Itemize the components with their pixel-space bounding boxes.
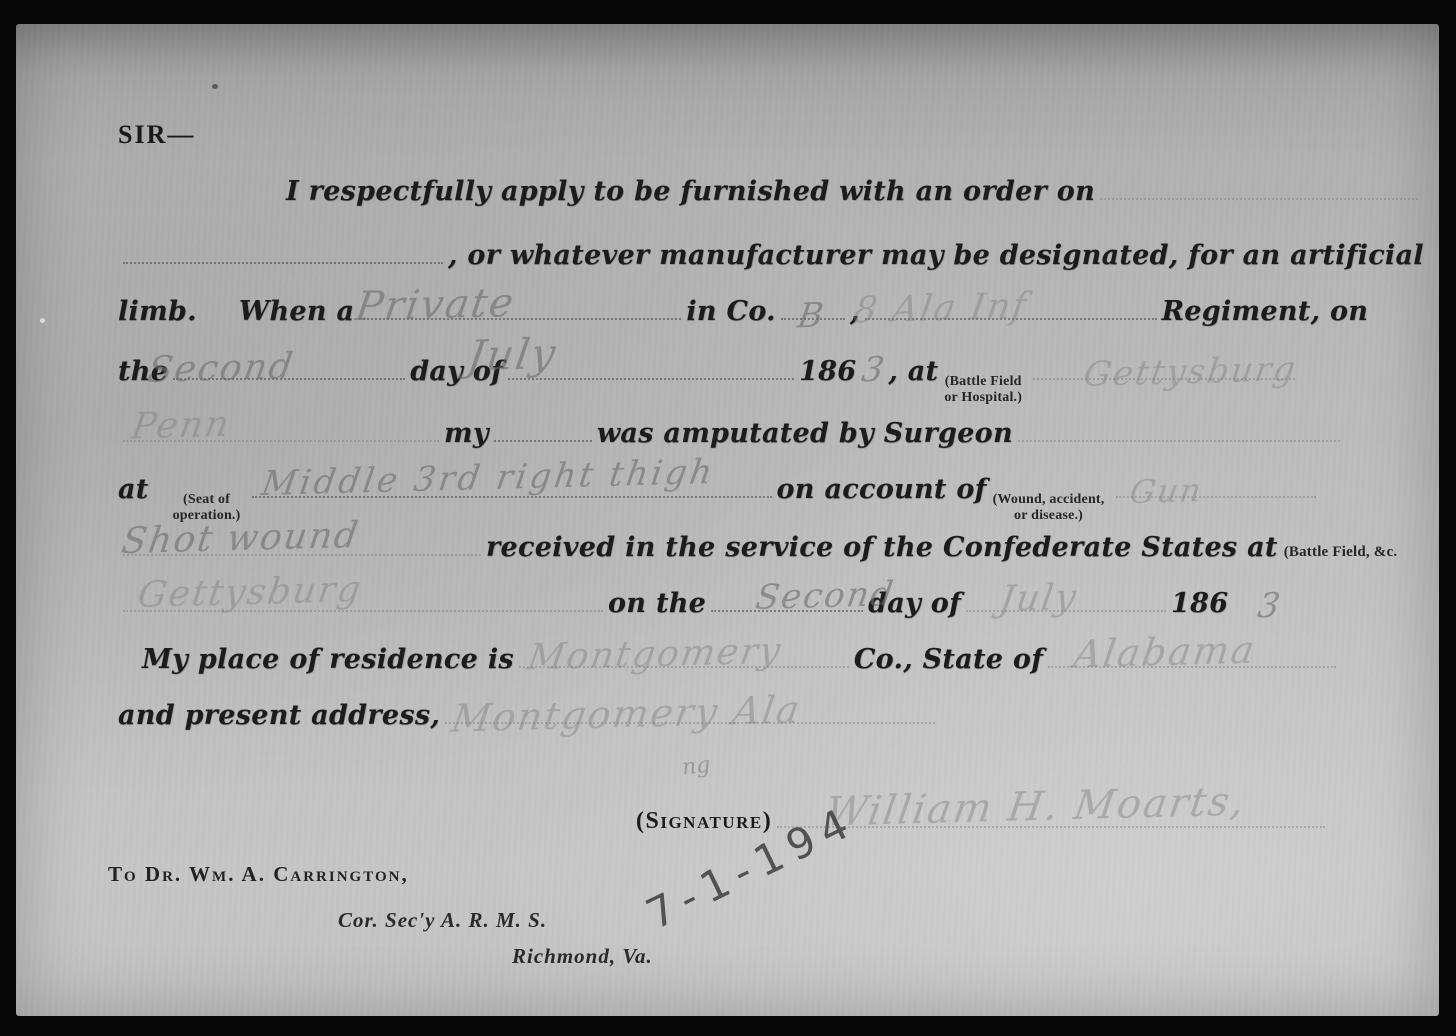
handwritten-rank: Private xyxy=(353,280,519,330)
handwritten-cause2: Shot wound xyxy=(119,515,362,562)
pencil-mark-small: ng xyxy=(681,753,712,781)
handwritten-month1: July xyxy=(464,329,560,381)
field-label-wound-accident-disease: (Wound, accident, or disease.) xyxy=(993,492,1105,523)
blank-limb-name xyxy=(494,440,592,442)
field-label-line: (Wound, accident, xyxy=(993,492,1105,508)
addressee: To Dr. Wm. A. Carrington, xyxy=(108,862,409,887)
printed-text: on account of xyxy=(777,474,987,505)
handwritten-county: Montgomery xyxy=(525,631,785,679)
printed-text: received in the service of the Confedera… xyxy=(486,532,1278,563)
form-line-5: my was amputated by Surgeon xyxy=(118,418,1345,449)
handwritten-day2: Second xyxy=(753,574,898,618)
printed-text: was amputated by Surgeon xyxy=(597,418,1013,449)
form-line-1: I respectfully apply to be furnished wit… xyxy=(286,176,1423,207)
printed-text: My place of residence is xyxy=(142,644,514,675)
handwritten-regiment: 8 Ala Inf xyxy=(851,286,1031,332)
dust-speck xyxy=(212,84,218,89)
handwritten-company: B xyxy=(795,296,828,337)
blank-line xyxy=(123,262,443,264)
form-line-3: limb. When a in Co. , Regiment, on xyxy=(118,296,1368,327)
printed-text: , or whatever manufacturer may be design… xyxy=(448,240,1424,271)
printed-text: Co., State of xyxy=(854,644,1043,675)
field-label-battlefield-or-hospital: (Battle Field or Hospital.) xyxy=(944,374,1022,405)
dust-speck xyxy=(40,318,45,323)
blank-surgeon xyxy=(1018,440,1340,442)
blank-month xyxy=(508,378,794,380)
handwritten-battlefield1: Gettysburg xyxy=(1081,349,1300,395)
printed-text: , at xyxy=(888,356,938,387)
field-label-line: (Battle Field xyxy=(944,374,1022,390)
addressee-title: Cor. Sec'y A. R. M. S. xyxy=(338,908,547,933)
field-label-battlefield-etc: (Battle Field, &c. xyxy=(1284,544,1398,561)
printed-text: my xyxy=(444,418,489,449)
printed-text: When a xyxy=(239,296,354,327)
paper-sheet: SIR— I respectfully apply to be furnishe… xyxy=(16,24,1439,1016)
addressee-location: Richmond, Va. xyxy=(512,944,653,969)
printed-text: at xyxy=(118,474,149,505)
printed-text: in Co. xyxy=(686,296,776,327)
blank-line xyxy=(1100,198,1418,200)
handwritten-cause1: Gun xyxy=(1127,471,1205,511)
handwritten-month2: July xyxy=(997,577,1081,620)
printed-text: 186 xyxy=(1171,588,1228,619)
handwritten-address: Montgomery Ala xyxy=(449,687,805,740)
printed-text: I respectfully apply to be furnished wit… xyxy=(286,176,1095,207)
handwritten-state-abbr: Penn xyxy=(129,404,233,448)
printed-text: on the xyxy=(608,588,706,619)
scanned-document: SIR— I respectfully apply to be furnishe… xyxy=(0,0,1456,1036)
handwritten-year2: 3 xyxy=(1255,586,1285,627)
field-label-line: (Seat of xyxy=(173,492,241,508)
printed-text: and present address, xyxy=(118,700,440,731)
handwritten-battlefield2: Gettysburg xyxy=(135,569,365,616)
signature-label: (Signature) xyxy=(636,808,772,835)
printed-text: limb. xyxy=(118,296,197,327)
field-label-line: or Hospital.) xyxy=(944,390,1022,406)
handwritten-day1: Second xyxy=(145,346,297,391)
form-line-2: , or whatever manufacturer may be design… xyxy=(118,240,1424,271)
printed-text: 186 xyxy=(799,356,856,387)
salutation: SIR— xyxy=(118,120,195,150)
field-label-line: or disease.) xyxy=(993,508,1105,524)
handwritten-state: Alabama xyxy=(1071,628,1259,677)
printed-text: Regiment, on xyxy=(1162,296,1369,327)
